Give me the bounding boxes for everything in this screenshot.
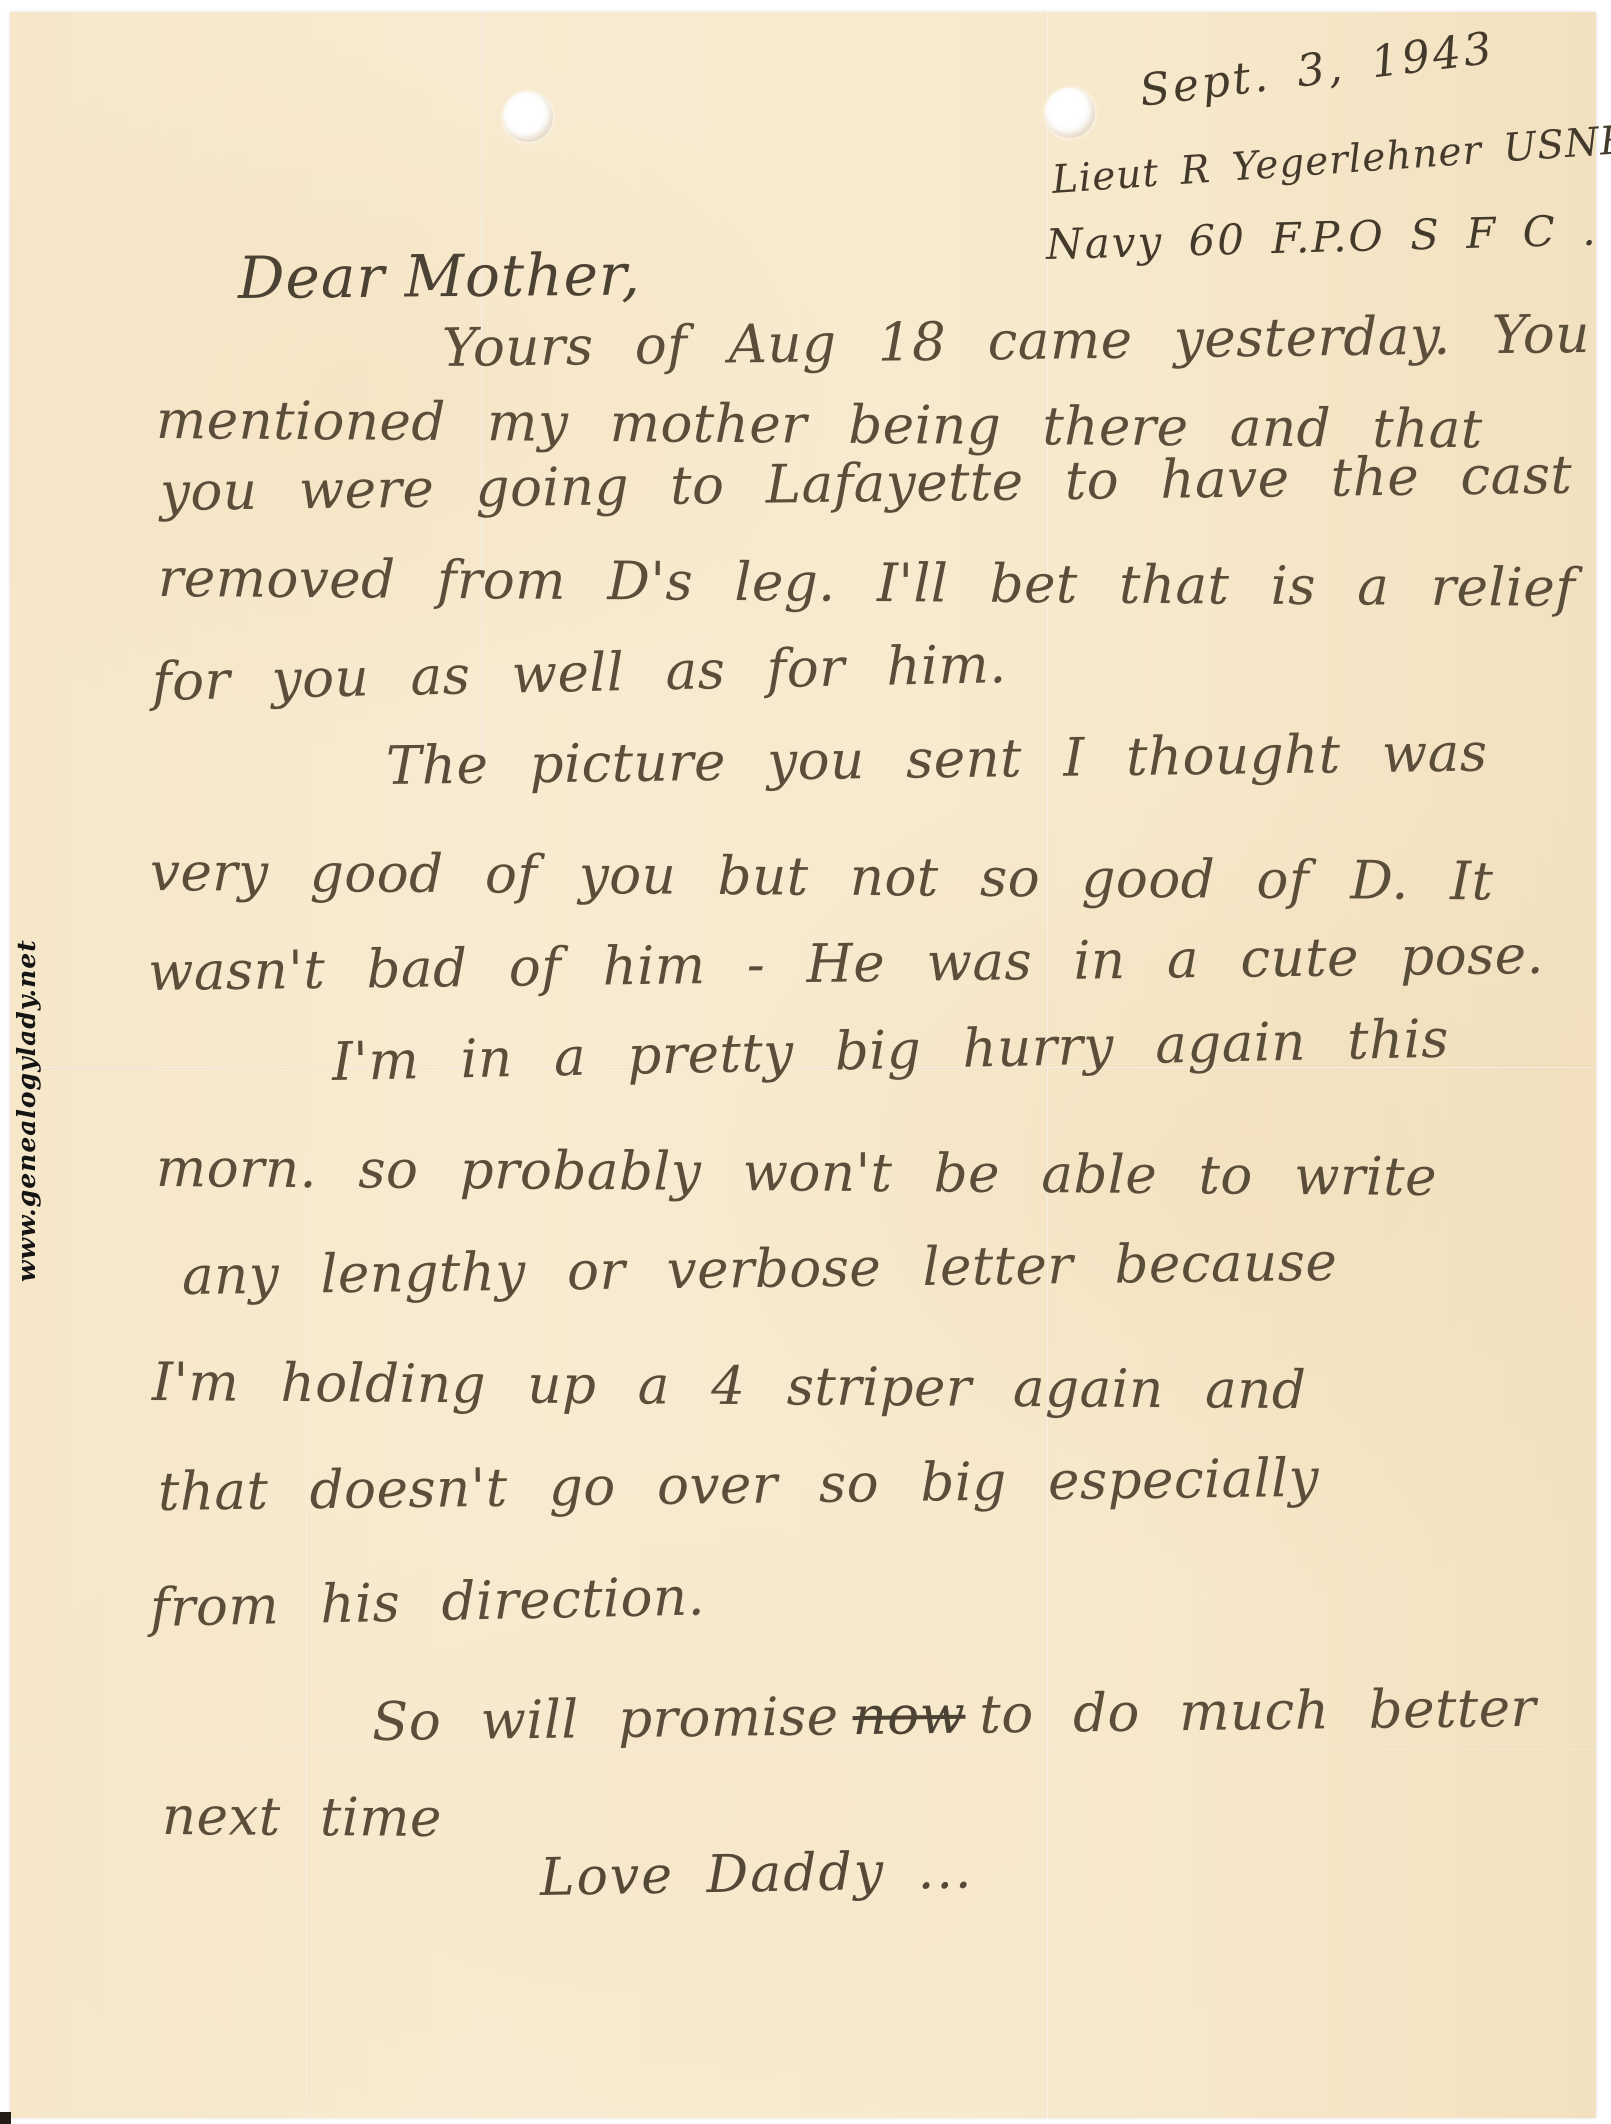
body-line: very good of you but not so good of D. I…	[150, 842, 1494, 912]
closing-text-post: to do much better	[979, 1678, 1537, 1746]
hole-punch-right	[1045, 88, 1095, 138]
closing-text-pre: So will promise	[372, 1686, 839, 1753]
body-line: from his direction.	[149, 1566, 705, 1639]
signature-line: Love Daddy ...	[539, 1840, 973, 1908]
fold-crease-horizontal-lower	[10, 1748, 1596, 1751]
watermark-url: www.genealogylady.net	[12, 862, 41, 1282]
hole-punch-left	[503, 92, 553, 142]
body-line: I'm holding up a 4 striper again and	[152, 1352, 1307, 1421]
closing-line-2: next time	[162, 1786, 442, 1849]
salutation: Dear Mother,	[238, 240, 641, 312]
crossed-out-word: now	[852, 1685, 966, 1747]
scan-corner-artifact	[0, 2112, 11, 2124]
scanned-letter: www.genealogylady.net Sept. 3, 1943 Lieu…	[0, 0, 1611, 2124]
body-line: morn. so probably won't be able to write	[156, 1138, 1437, 1208]
body-line: removed from D's leg. I'll bet that is a…	[158, 548, 1576, 619]
